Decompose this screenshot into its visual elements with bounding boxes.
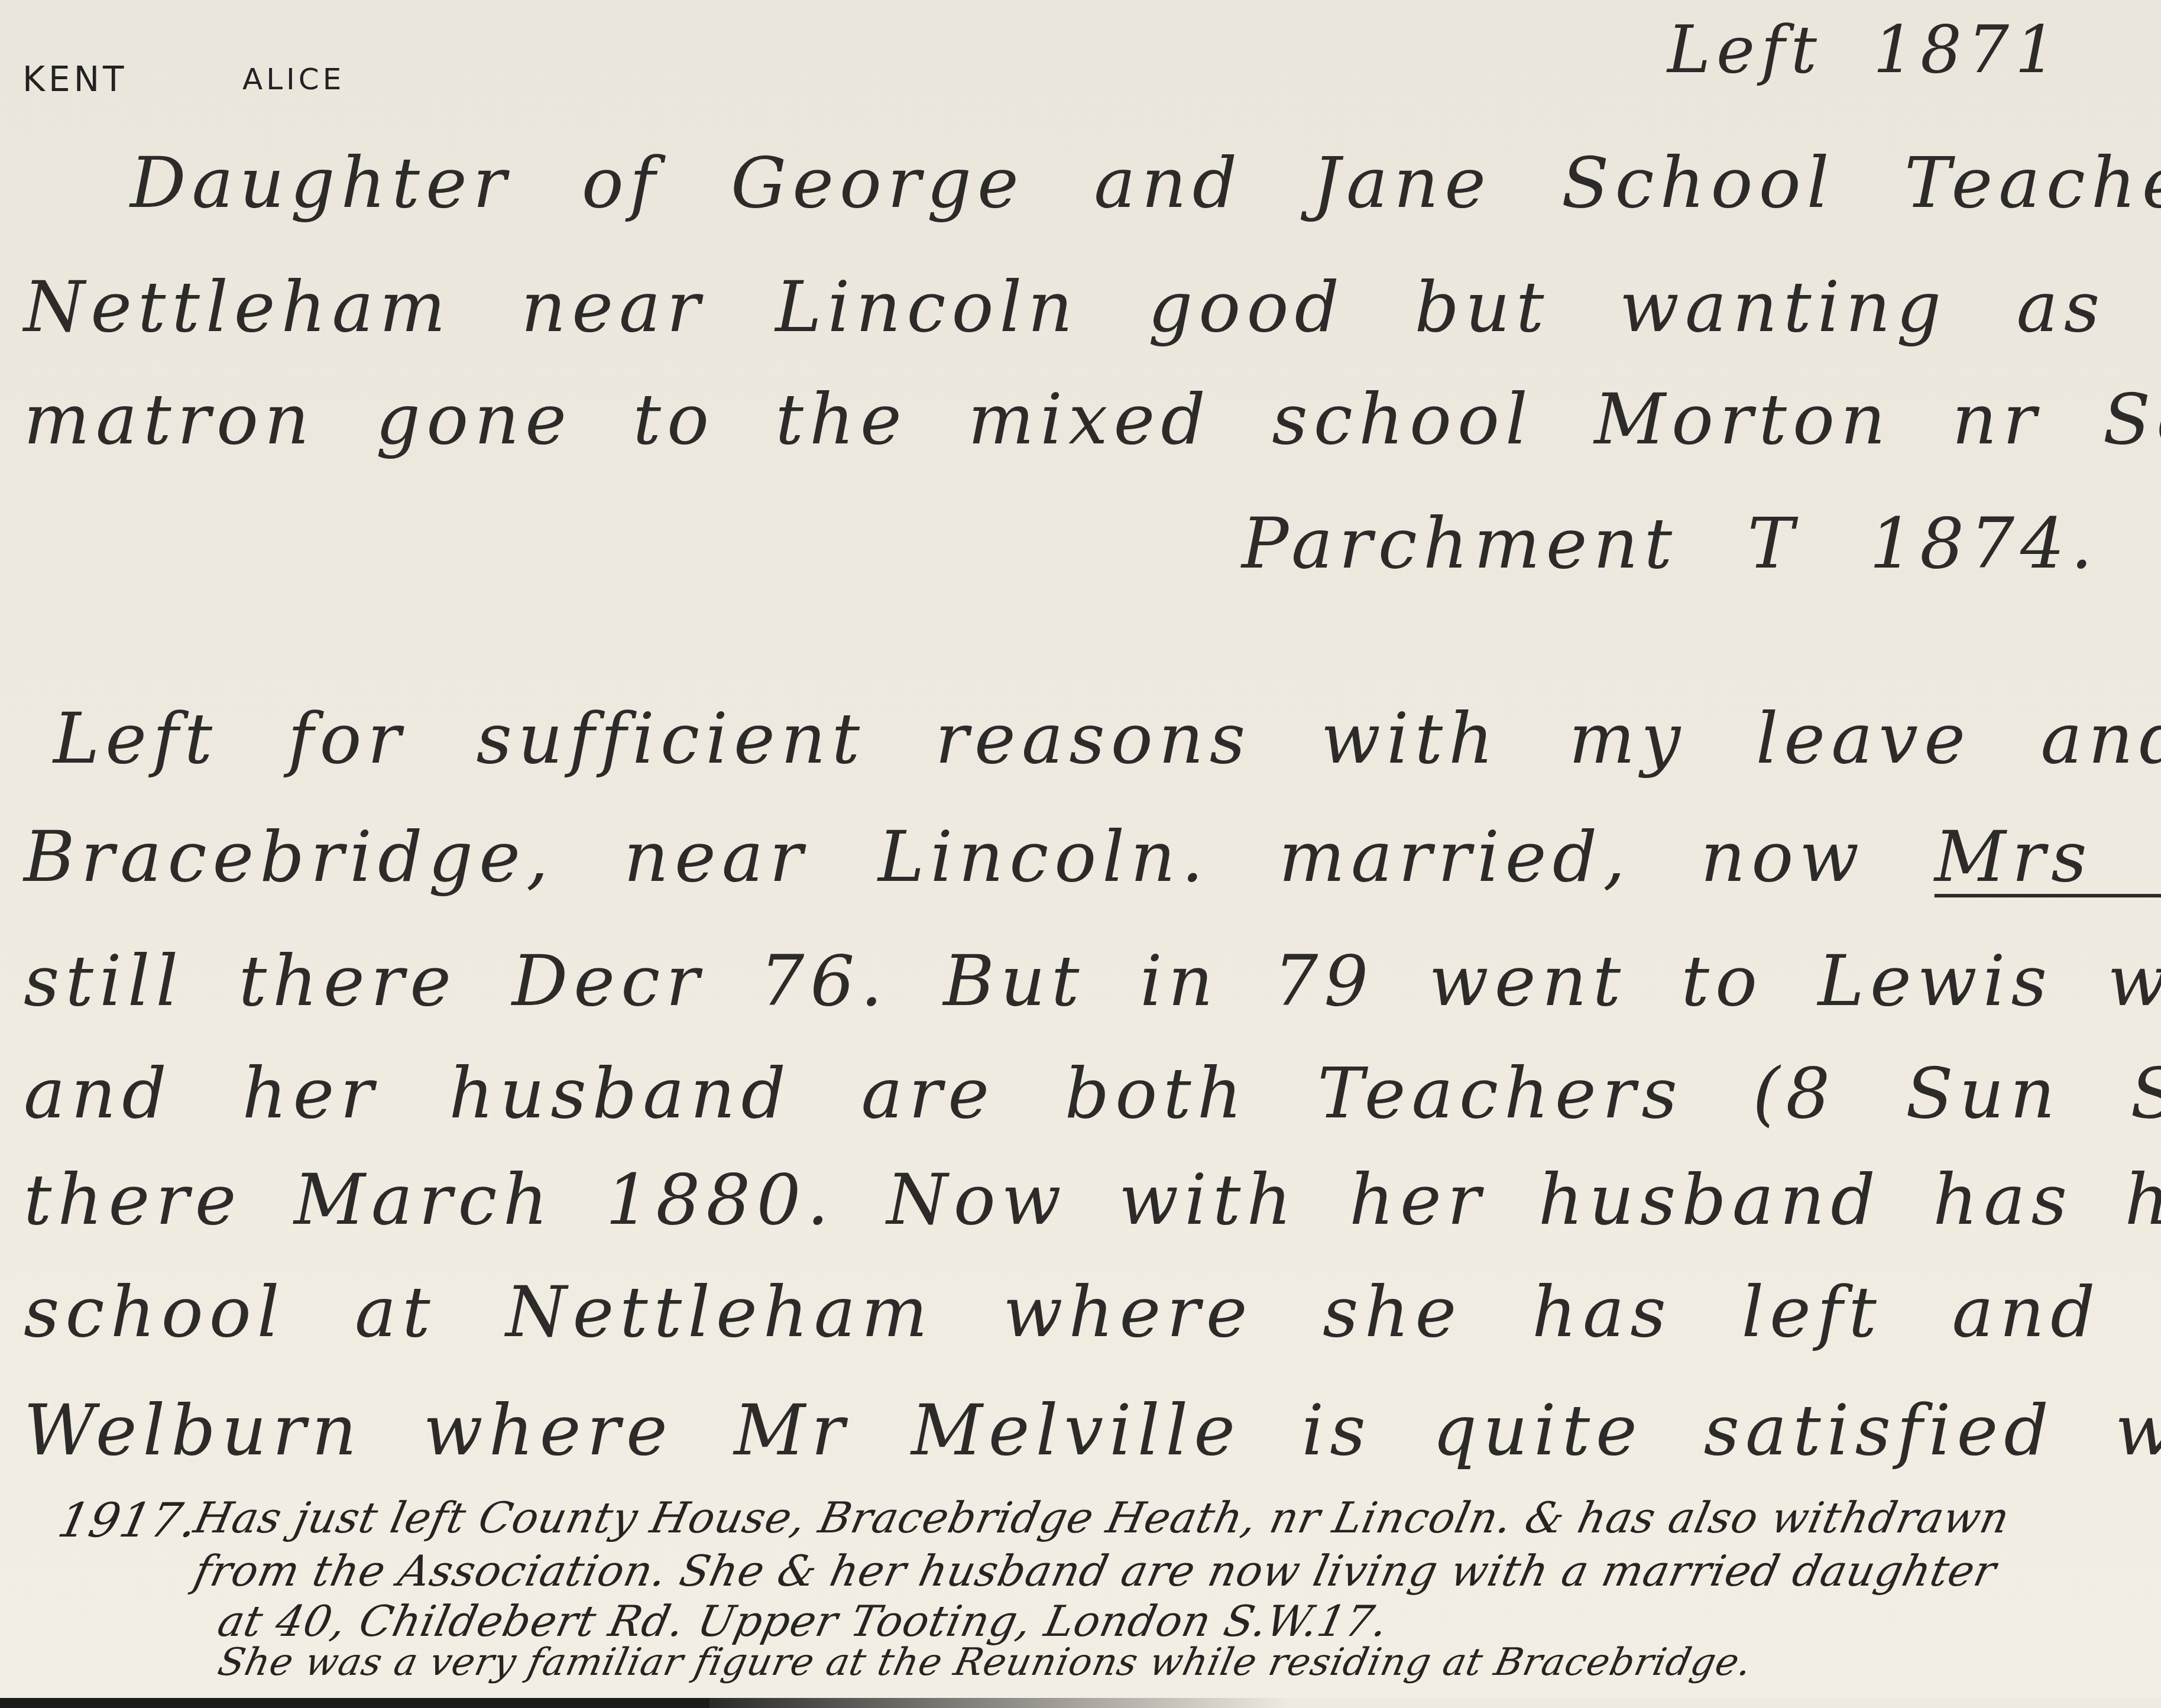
page-bottom-edge	[0, 1698, 709, 1708]
entry-line-2: Nettleham near Lincoln good but wanting …	[24, 266, 2161, 348]
left-date: Left 1871	[1667, 12, 2062, 87]
married-name: Mrs Howe	[1935, 816, 2161, 897]
note-line-3: at 40, Childebert Rd. Upper Tooting, Lon…	[213, 1596, 1393, 1646]
entry-line-7: still there Decr 76. But in 79 went to L…	[24, 940, 2161, 1022]
entry-line-5: Left for sufficient reasons with my leav…	[53, 698, 2161, 779]
entry-line-8: and her husband are both Teachers (8 Sun…	[24, 1052, 2161, 1134]
page-bottom-shadow	[709, 1698, 2161, 1708]
entry-line-3: matron gone to the mixed school Morton n…	[24, 378, 2161, 460]
entry-line-9: there March 1880. Now with her husband h…	[24, 1159, 2161, 1240]
parchment-line: Parchment T 1874.	[1242, 503, 2099, 584]
entry-line-11: Welburn where Mr Melville is quite satis…	[24, 1389, 2161, 1471]
entry-line-6-text: Bracebridge, near Lincoln. married, now	[24, 816, 1865, 897]
surname-label: KENT	[22, 59, 128, 99]
note-year: 1917.	[53, 1493, 203, 1548]
forename-label: ALICE	[242, 62, 345, 96]
document-page: KENT ALICE Left 1871 Daughter of George …	[0, 0, 2161, 1698]
entry-line-10: school at Nettleham where she has left a…	[24, 1271, 2161, 1353]
note-line-4: She was a very familiar figure at the Re…	[214, 1641, 1756, 1684]
entry-line-1: Daughter of George and Jane School Teach…	[130, 142, 2161, 223]
note-line-1: Has just left County House, Bracebridge …	[190, 1493, 2014, 1542]
entry-line-6: Bracebridge, near Lincoln. married, now …	[24, 816, 2161, 897]
note-line-2: from the Association. She & her husband …	[190, 1546, 2001, 1596]
